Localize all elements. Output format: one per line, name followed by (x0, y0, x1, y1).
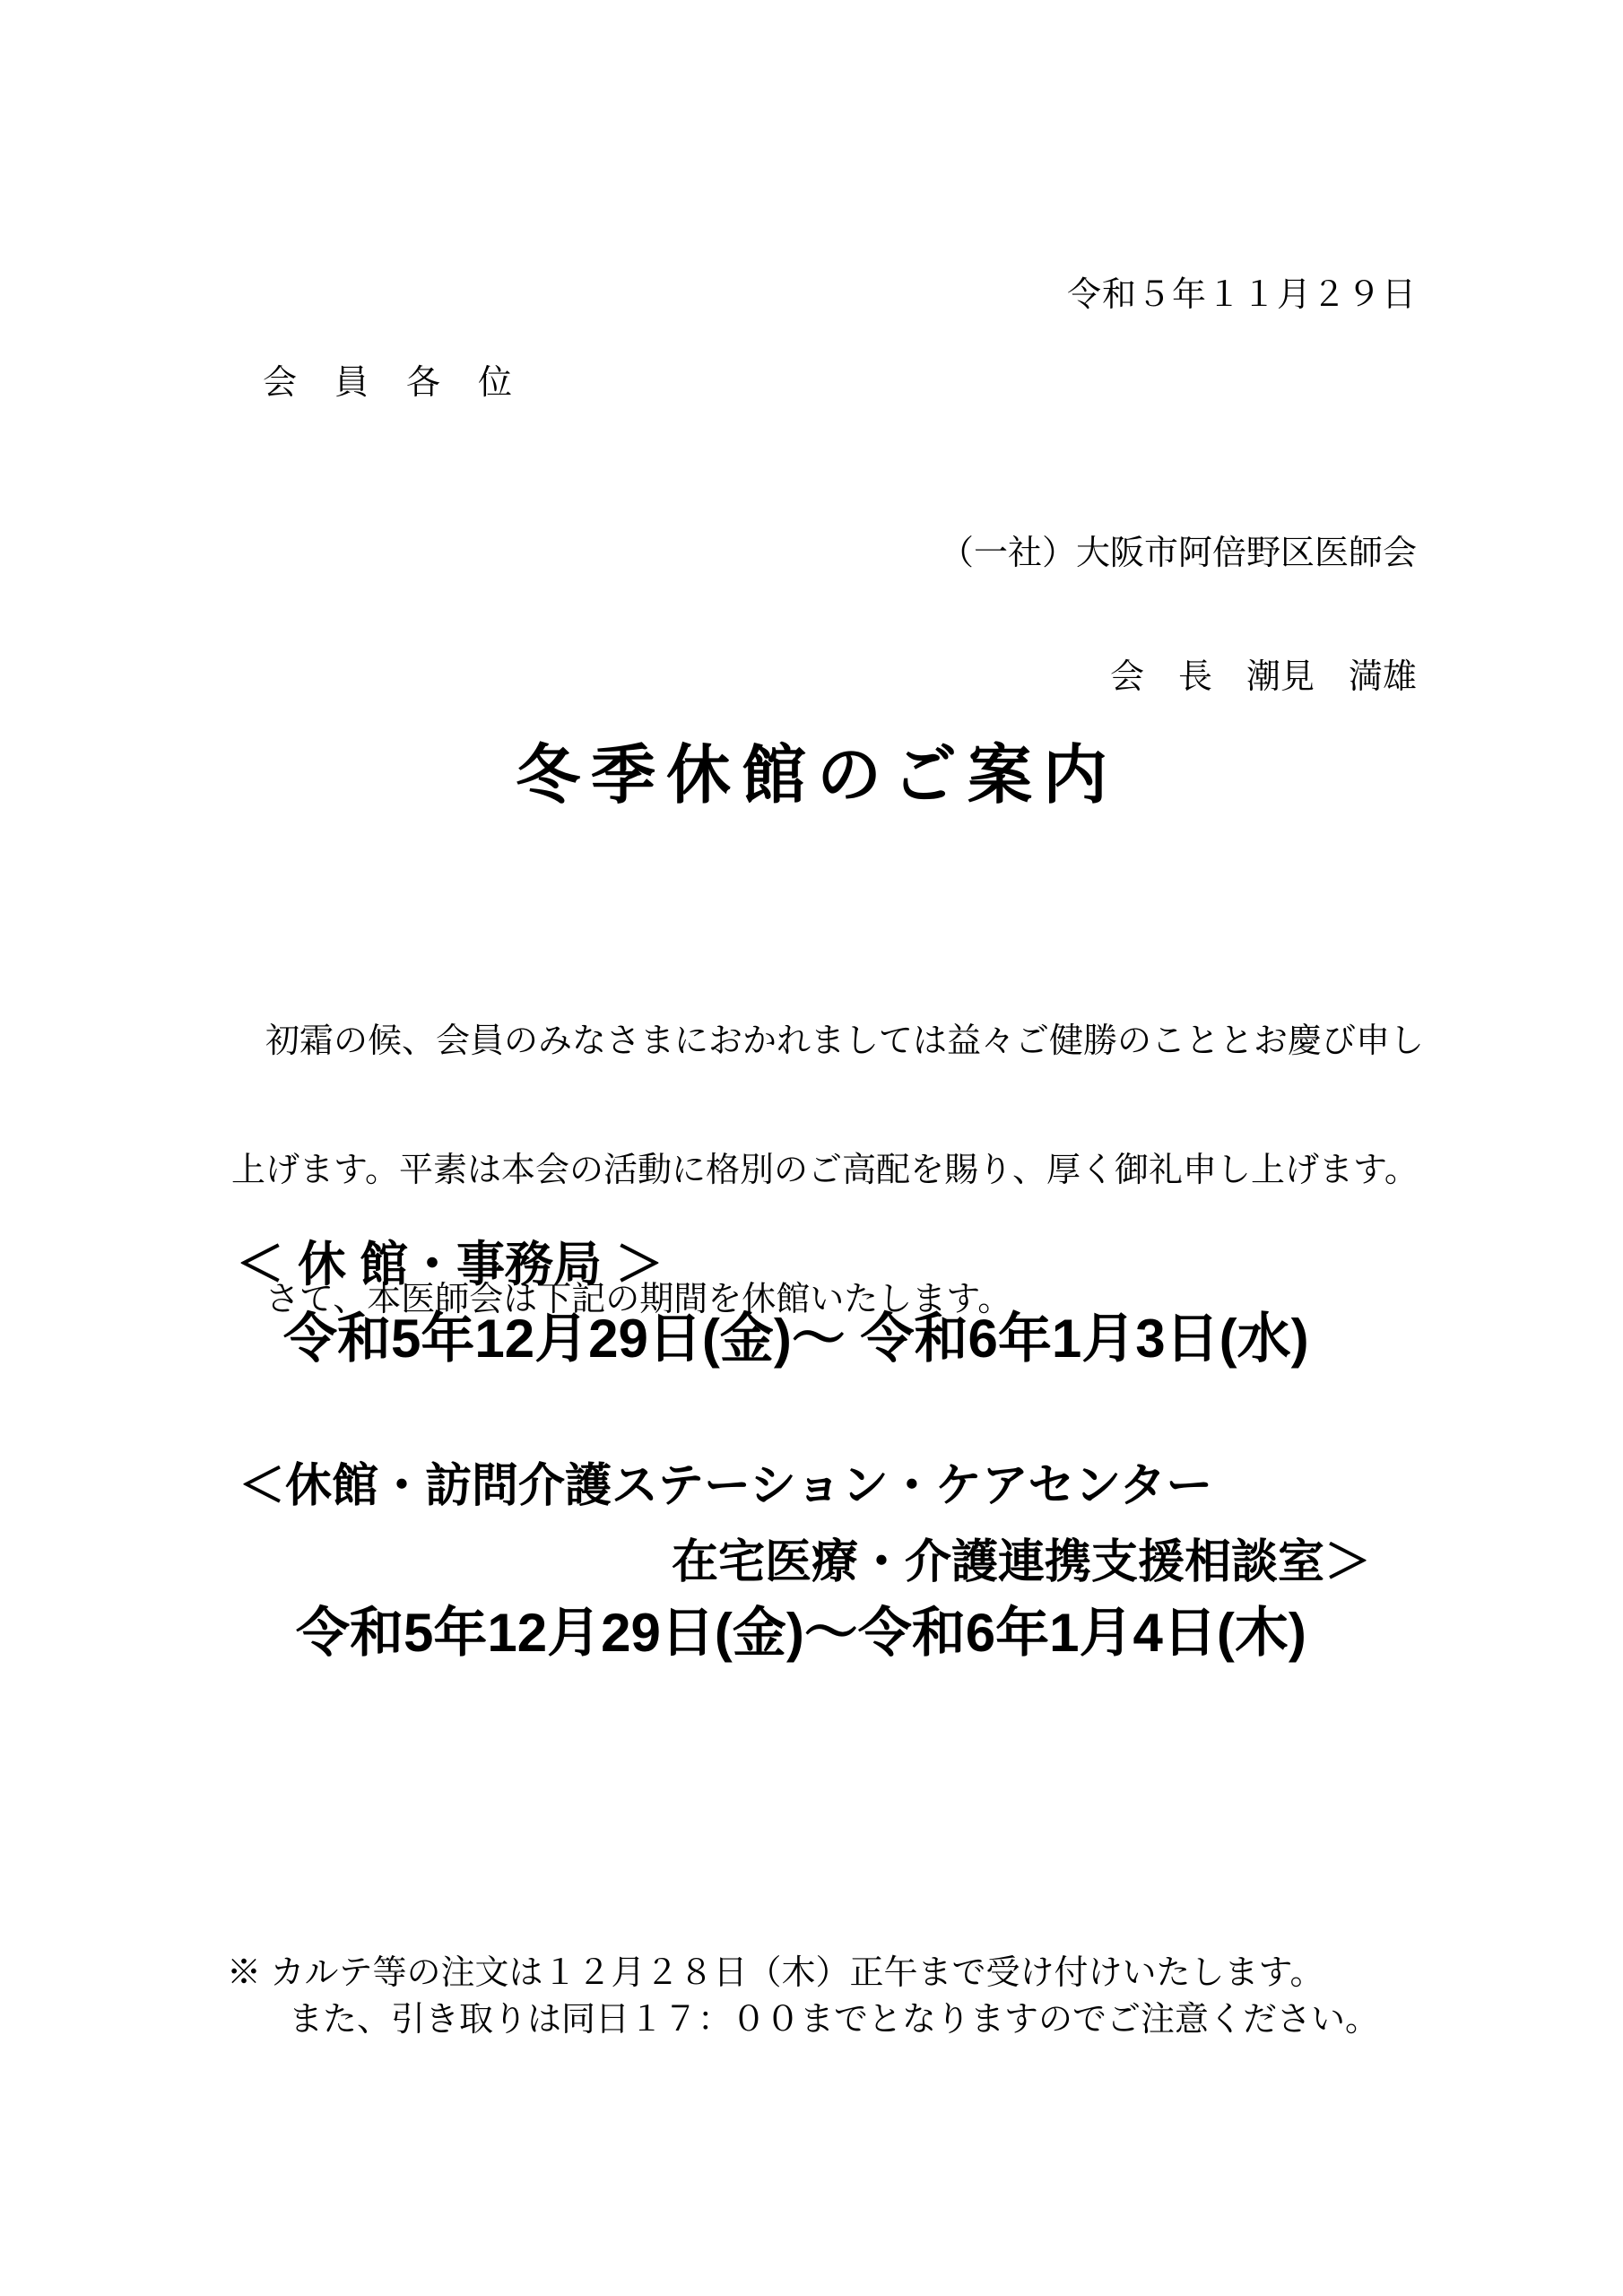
document-title: 冬季休館のご案内 (0, 737, 1623, 814)
issue-date: 令和５年１１月２９日 (1067, 274, 1417, 317)
sender-president: 会 長 潮見 満雄 (940, 657, 1417, 698)
sender-organization: （一社）大阪市阿倍野区医師会 (940, 533, 1417, 574)
closure-section-care-heading-line1: ＜休館・訪問介護ステーション・ケアセンター (239, 1457, 1212, 1516)
note-line-1: ※ カルテ等の注文は１２月２８日（木）正午まで受け付けいたします。 (227, 1952, 1324, 1995)
closure-section-care-heading-line2: 在宅医療・介護連携支援相談室＞ (672, 1534, 1371, 1592)
sender-block: （一社）大阪市阿倍野区医師会 会 長 潮見 満雄 (940, 450, 1417, 780)
note-line-2: また、引き取りは同日１７：００までとなりますのでご注意ください。 (289, 1998, 1379, 2041)
closure-section-care-period: 令和5年12月29日(金)～令和6年1月4日(木) (296, 1599, 1306, 1666)
greeting-line-2: 上げます。平素は本会の活動に格別のご高配を賜り、厚く御礼申し上げます。 (231, 1149, 1424, 1192)
recipient-line: 会 員 各 位 (263, 362, 514, 405)
closure-section-office-heading: ＜ 休 館・事務局 ＞ (236, 1235, 664, 1296)
greeting-line-1: 初霜の候、会員のみなさまにおかれましては益々ご健勝のこととお慶び申し (231, 1020, 1424, 1063)
notice-document-page: 令和５年１１月２９日 会 員 各 位 （一社）大阪市阿倍野区医師会 会 長 潮見… (0, 0, 1623, 2296)
closure-section-office-period: 令和5年12月29日(金)～ 令和6年1月3日(水) (283, 1305, 1309, 1372)
